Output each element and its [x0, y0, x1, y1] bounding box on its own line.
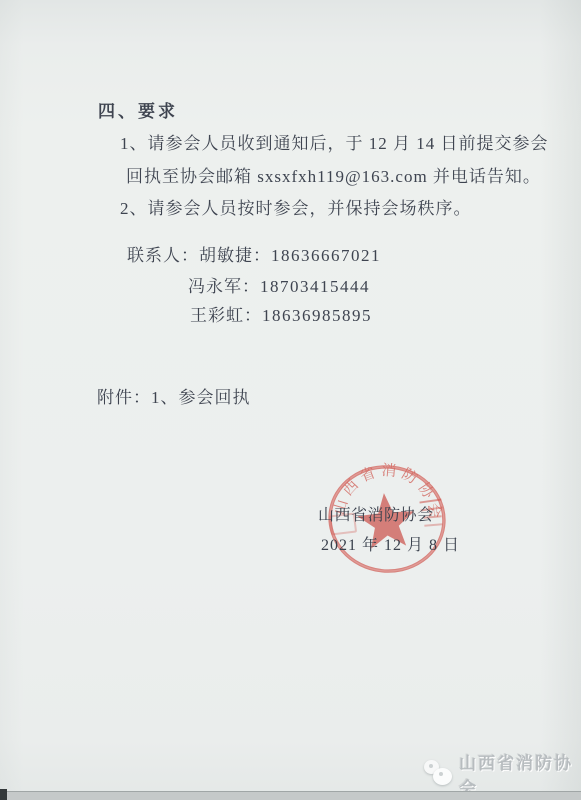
contact-name: 胡敏捷： — [199, 246, 271, 265]
association-logo-icon — [422, 758, 453, 790]
logo-circle — [433, 768, 452, 785]
signature-org-name: 山西省消防协会 — [318, 502, 434, 525]
body-line-3: 2、请参会人员按时参会，并保持会场秩序。 — [120, 199, 472, 219]
logo-dot — [429, 764, 433, 768]
attachment-line: 附件：1、参会回执 — [97, 388, 251, 408]
scanned-notice-page: { "colors": { "page_bg": "#ecefee", "tex… — [0, 0, 581, 800]
contact-name: 冯永军： — [188, 277, 260, 296]
logo-dot — [439, 772, 443, 776]
body-line-1: 1、请参会人员收到通知后，于 12 月 14 日前提交参会 — [120, 134, 549, 154]
scan-corner-mark — [0, 789, 7, 800]
scan-edge-strip — [0, 791, 581, 800]
contact-name: 王彩虹： — [190, 306, 262, 325]
contact-phone: 18636667021 — [271, 246, 381, 265]
section-title: 四、要求 — [98, 102, 178, 122]
contact-phone: 18636985895 — [262, 306, 372, 325]
footer-watermark: 山西省消防协会 — [422, 756, 581, 792]
contact-row: 联系人：胡敏捷：18636667021 — [127, 246, 381, 266]
contacts-label: 联系人： — [127, 246, 199, 265]
contact-phone: 18703415444 — [260, 277, 370, 296]
contact-row: 王彩虹：18636985895 — [190, 306, 372, 326]
body-line-2: 回执至协会邮箱 sxsxfxh119@163.com 并电话告知。 — [126, 167, 541, 187]
contact-row: 冯永军：18703415444 — [188, 277, 370, 297]
page-background — [0, 0, 581, 800]
signature-date: 2021 年 12 月 8 日 — [321, 532, 460, 555]
